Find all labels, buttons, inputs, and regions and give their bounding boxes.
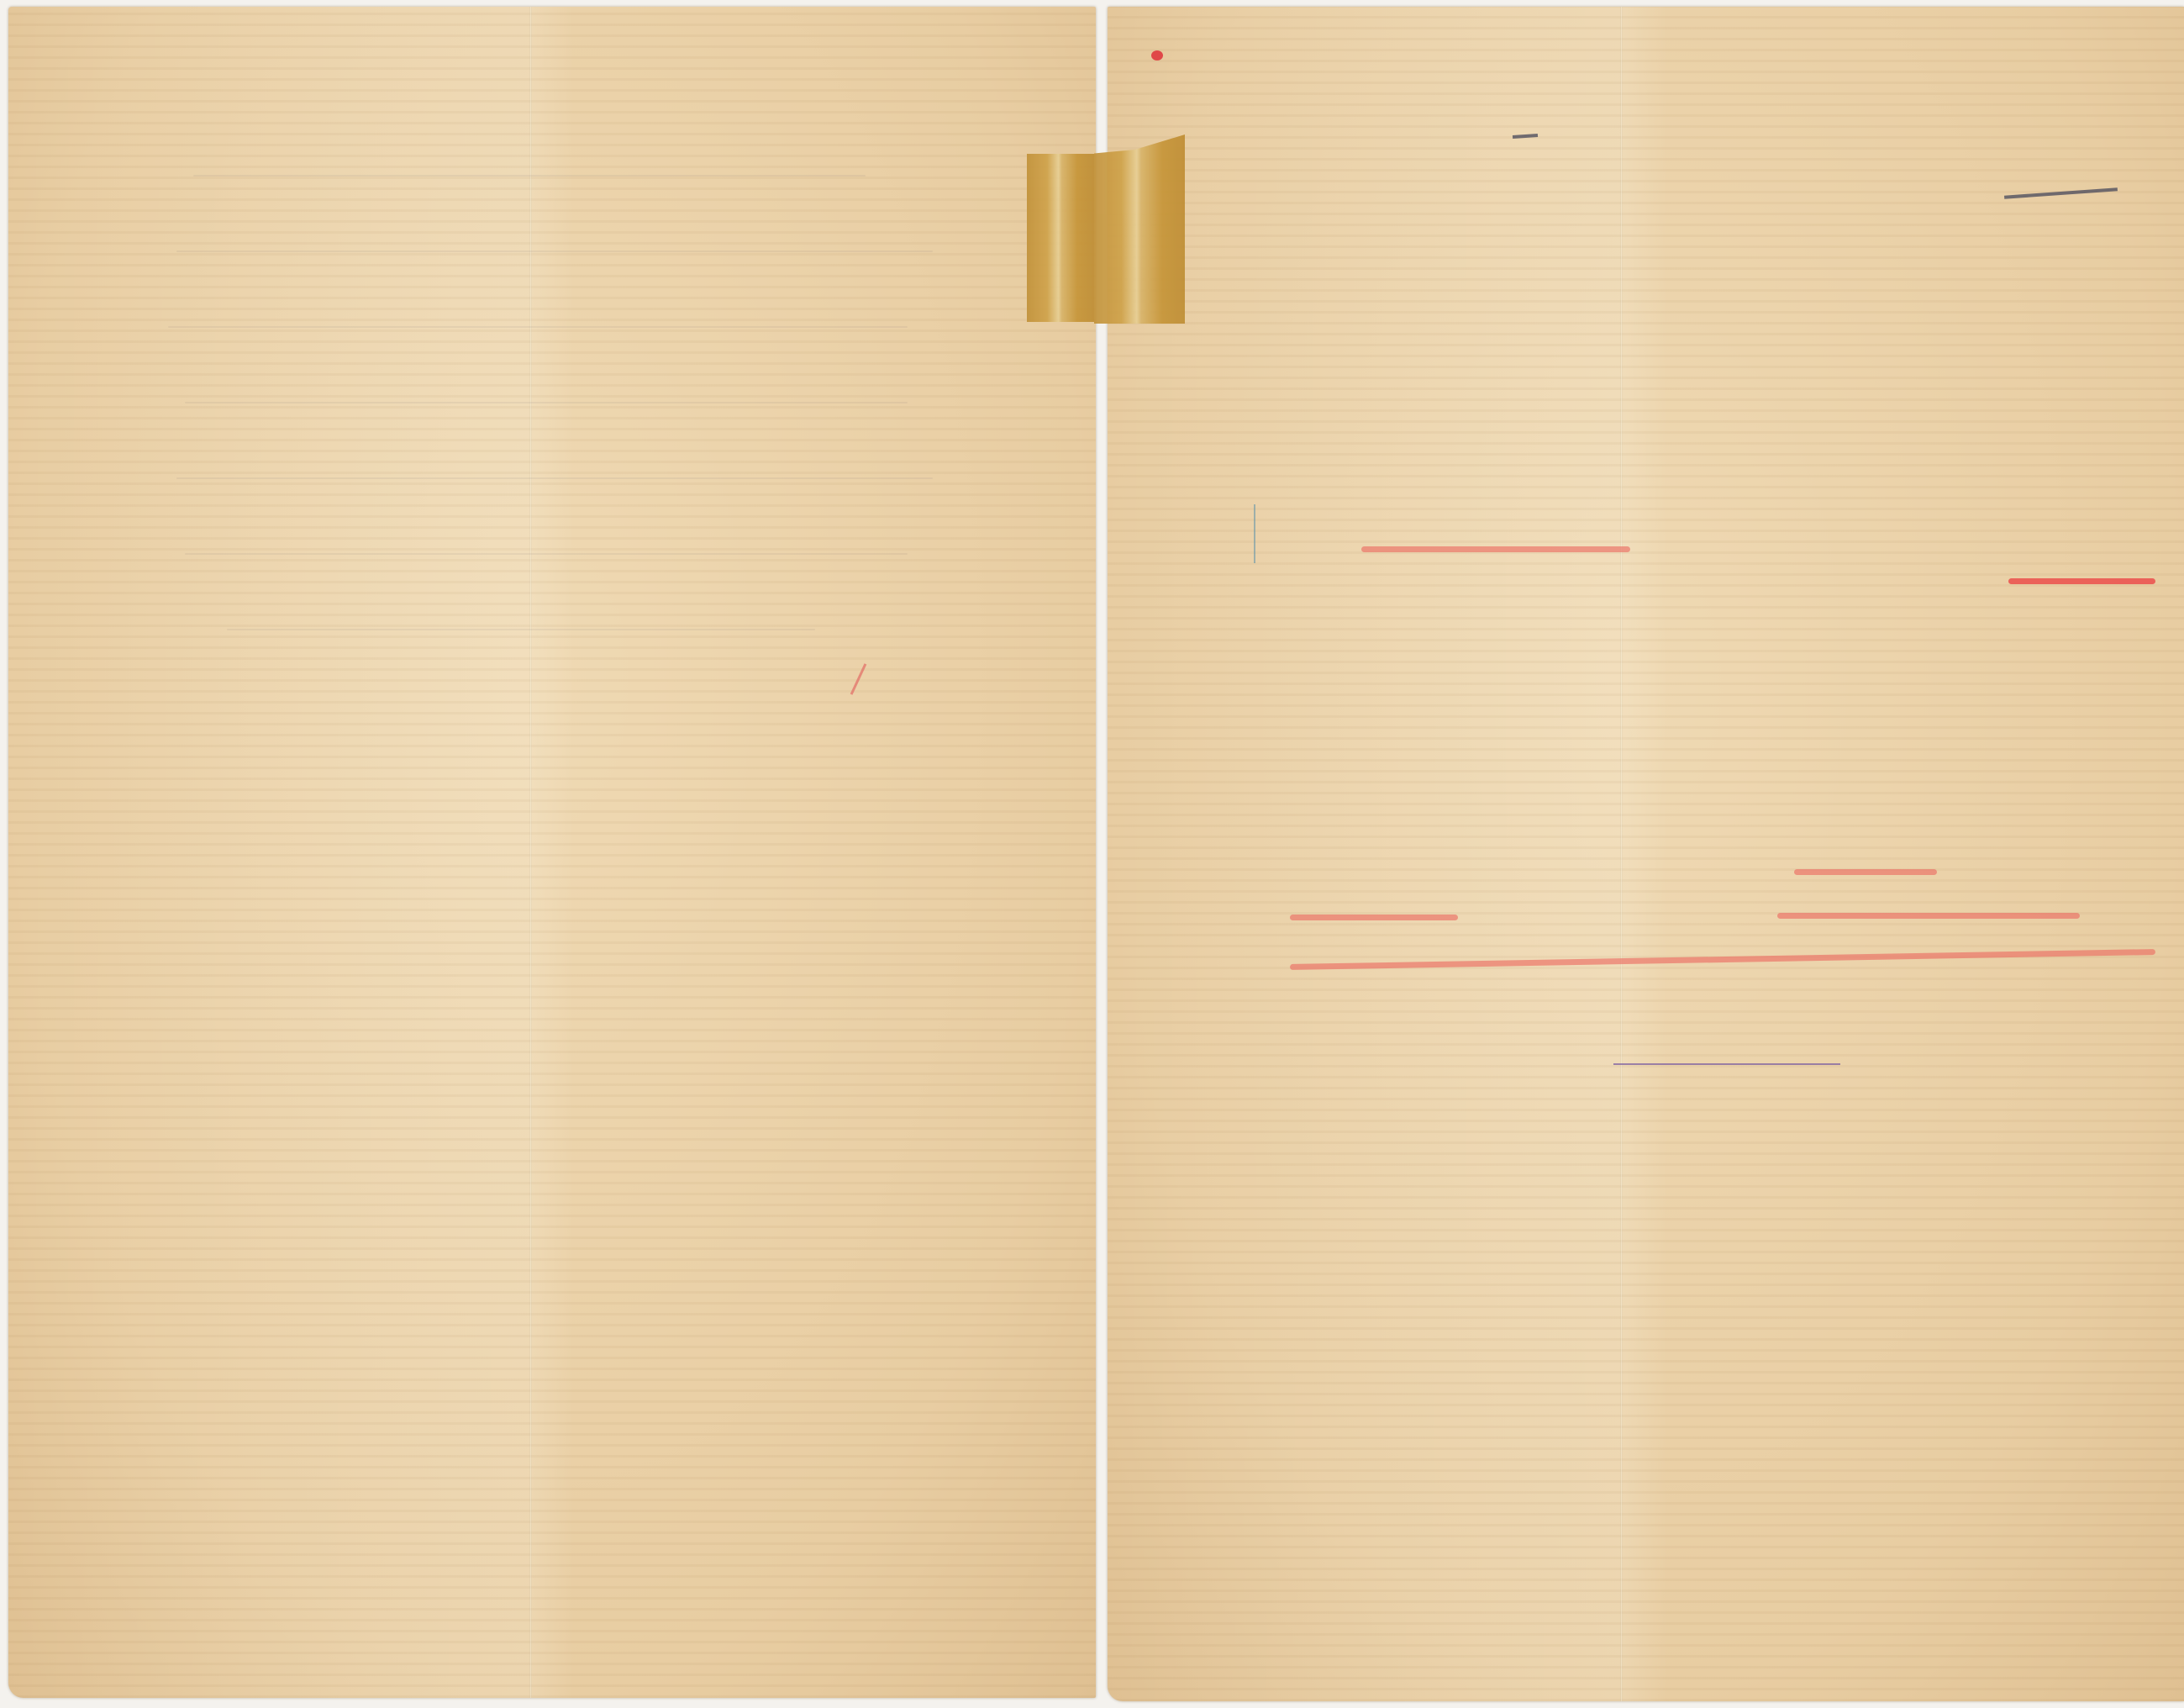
show-through-line: [227, 629, 815, 630]
show-through-line: [185, 553, 908, 555]
left-page: [8, 7, 1096, 1698]
tape-left-half: [1027, 154, 1094, 322]
red-ink-dot: [1151, 50, 1163, 61]
red-underline: [2008, 578, 2155, 584]
show-through-line: [185, 402, 908, 403]
red-underline: [1290, 915, 1458, 920]
show-through-line: [168, 326, 908, 328]
margin-rule: [1254, 504, 1255, 563]
tape-right-half: [1094, 134, 1185, 324]
fold-crease: [529, 7, 532, 1698]
ink-underline: [1613, 1063, 1840, 1065]
red-underline: [1777, 913, 2080, 919]
fold-crease: [1620, 7, 1623, 1701]
show-through-line: [176, 477, 933, 479]
show-through-line: [193, 175, 866, 177]
right-page: [1108, 7, 2184, 1701]
red-pencil-mark: [850, 663, 867, 695]
red-underline: [1361, 546, 1630, 552]
show-through-line: [176, 250, 933, 252]
red-underline: [1794, 869, 1937, 875]
